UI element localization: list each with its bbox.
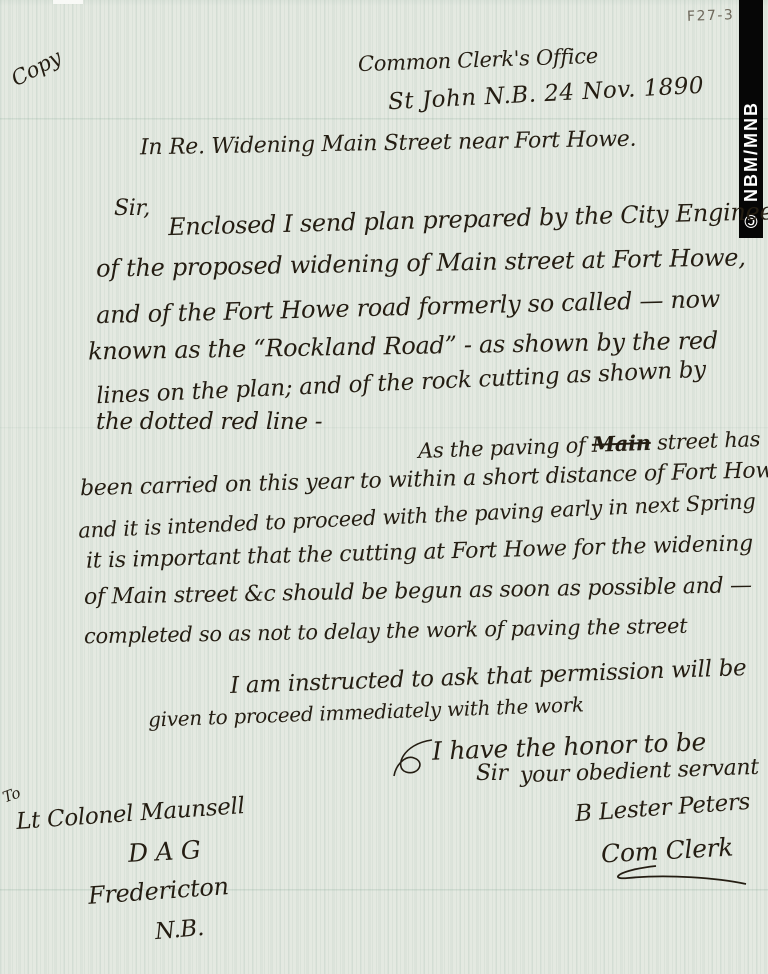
- para1-line-4: known as the “Rockland Road” - as shown …: [88, 329, 718, 364]
- scanned-letter-page: { "annotations": { "copy_note": "Copy", …: [0, 0, 768, 974]
- para3-line-1: I am instructed to ask that permission w…: [230, 657, 747, 698]
- closing-servant-line: your obedient servant: [520, 757, 760, 787]
- fold-crease: [0, 118, 768, 120]
- para2-line-5: of Main street &c should be begun as soo…: [84, 575, 752, 609]
- address-province: N.B.: [154, 917, 205, 944]
- signature: B Lester Peters: [574, 791, 750, 826]
- subject-line: In Re. Widening Main Street near Fort Ho…: [140, 129, 637, 160]
- salutation: Sir,: [114, 198, 150, 220]
- para2-line-1: As the paving of Main street has: [418, 428, 761, 462]
- place-date-line: St John N.B. 24 Nov. 1890: [388, 75, 705, 115]
- address-name: Lt Colonel Maunsell: [15, 795, 245, 834]
- para2-line-6: completed so as not to delay the work of…: [84, 616, 688, 648]
- office-line: Common Clerk's Office: [358, 46, 599, 75]
- struck-word: Main: [591, 430, 651, 457]
- address-city: Fredericton: [87, 874, 229, 908]
- para1-line-6: the dotted red line -: [96, 411, 322, 434]
- para1-line-3: and of the Fort Howe road formerly so ca…: [96, 287, 720, 327]
- scan-edge-sliver: [53, 0, 83, 4]
- para2-line-4: it is important that the cutting at Fort…: [86, 533, 753, 572]
- signature-flourish: [598, 860, 748, 888]
- para2-line-1-pre: As the paving of: [418, 433, 593, 463]
- copy-annotation: Copy: [8, 47, 65, 90]
- para2-line-1-post: street has: [650, 427, 760, 455]
- address-to: To: [1, 785, 22, 805]
- address-rank: D A G: [127, 837, 201, 866]
- para1-line-5: lines on the plan; and of the rock cutti…: [96, 359, 706, 409]
- para1-line-1: Enclosed I send plan prepared by the Cit…: [168, 199, 768, 239]
- para3-line-2: given to proceed immediately with the wo…: [148, 694, 584, 729]
- closing-sir: Sir: [476, 763, 508, 785]
- para1-line-2: of the proposed widening of Main street …: [96, 245, 746, 280]
- archival-ref-number: F27-3: [687, 8, 735, 24]
